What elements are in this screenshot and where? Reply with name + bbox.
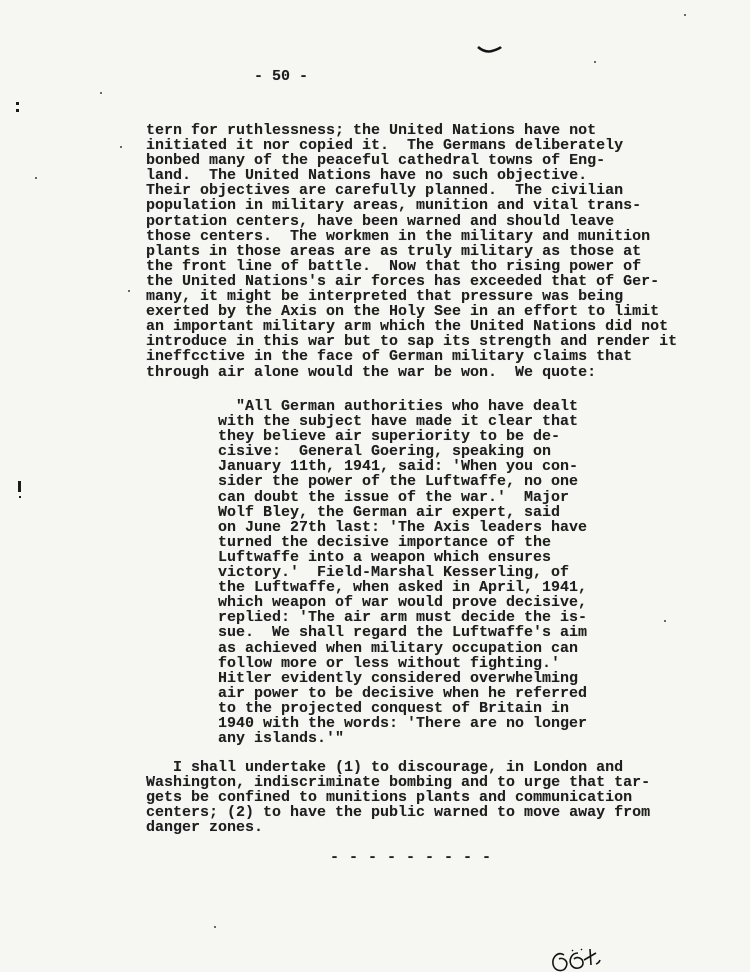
margin-colon-mark [16,102,19,105]
text-line: danger zones. [146,820,650,835]
text-line: bonbed many of the peaceful cathedral to… [146,153,677,168]
text-line: land. The United Nations have no such ob… [146,168,677,183]
text-line: victory.' Field-Marshal Kesserling, of [218,565,587,580]
text-line: exerted by the Axis on the Holy See in a… [146,304,677,319]
document-page: - 50 - tern for ruthlessness; the United… [0,0,750,972]
text-line: tern for ruthlessness; the United Nation… [146,123,677,138]
text-line: gets be confined to munitions plants and… [146,790,650,805]
ink-speck [120,146,122,148]
ink-speck [128,290,130,292]
text-line: any islands.'" [218,731,587,746]
text-line: ineffcctive in the face of German milita… [146,349,677,364]
text-line: Wolf Bley, the German air expert, said [218,505,587,520]
text-line: turned the decisive importance of the [218,535,587,550]
text-line: can doubt the issue of the war.' Major [218,490,587,505]
text-line: Their objectives are carefully planned. … [146,183,677,198]
text-line: those centers. The workmen in the milita… [146,229,677,244]
text-line: the Luftwaffe, when asked in April, 1941… [218,580,587,595]
text-line: sider the power of the Luftwaffe, no one [218,474,587,489]
ink-speck [664,620,666,622]
text-line: an important military arm which the Unit… [146,319,677,334]
text-line: Hitler evidently considered overwhelming [218,671,587,686]
text-line: I shall undertake (1) to discourage, in … [146,760,650,775]
text-line: they believe air superiority to be de- [218,429,587,444]
page-number: - 50 - [254,69,308,84]
paragraph-main: tern for ruthlessness; the United Nation… [146,123,677,380]
block-quote: "All German authorities who have dealtwi… [218,399,587,746]
text-line: on June 27th last: 'The Axis leaders hav… [218,520,587,535]
text-line: to the projected conquest of Britain in [218,701,587,716]
fold-mark [477,43,503,55]
margin-exclamation-mark [19,496,21,498]
ink-speck [684,14,686,16]
text-line: as achieved when military occupation can [218,641,587,656]
ink-speck [214,926,216,928]
text-line: sue. We shall regard the Luftwaffe's aim [218,625,587,640]
text-line: initiated it nor copied it. The Germans … [146,138,677,153]
text-line: the United Nations's air forces has exce… [146,274,677,289]
ink-speck [594,61,596,63]
section-separator: - - - - - - - - - [330,850,492,865]
text-line: "All German authorities who have dealt [218,399,587,414]
text-line: introduce in this war but to sap its str… [146,334,677,349]
ink-speck [35,177,37,179]
text-line: the front line of battle. Now that tho r… [146,259,677,274]
text-line: plants in those areas are as truly milit… [146,244,677,259]
text-line: population in military areas, munition a… [146,198,677,213]
text-line: Washington, indiscriminate bombing and t… [146,775,650,790]
text-line: 1940 with the words: 'There are no longe… [218,716,587,731]
text-line: through air alone would the war be won. … [146,365,677,380]
text-line: replied: 'The air arm must decide the is… [218,610,587,625]
text-line: many, it might be interpreted that press… [146,289,677,304]
text-line: with the subject have made it clear that [218,414,587,429]
margin-exclamation-mark [18,481,21,492]
margin-colon-mark [16,109,19,112]
ink-speck [100,92,102,94]
text-line: centers; (2) to have the public warned t… [146,805,650,820]
text-line: follow more or less without fighting.' [218,656,587,671]
text-line: portation centers, have been warned and … [146,214,677,229]
handwritten-scribble [550,946,610,972]
text-line: cisive: General Goering, speaking on [218,444,587,459]
paragraph-closing: I shall undertake (1) to discourage, in … [146,760,650,835]
text-line: Luftwaffe into a weapon which ensures [218,550,587,565]
text-line: air power to be decisive when he referre… [218,686,587,701]
text-line: January 11th, 1941, said: 'When you con- [218,459,587,474]
text-line: which weapon of war would prove decisive… [218,595,587,610]
